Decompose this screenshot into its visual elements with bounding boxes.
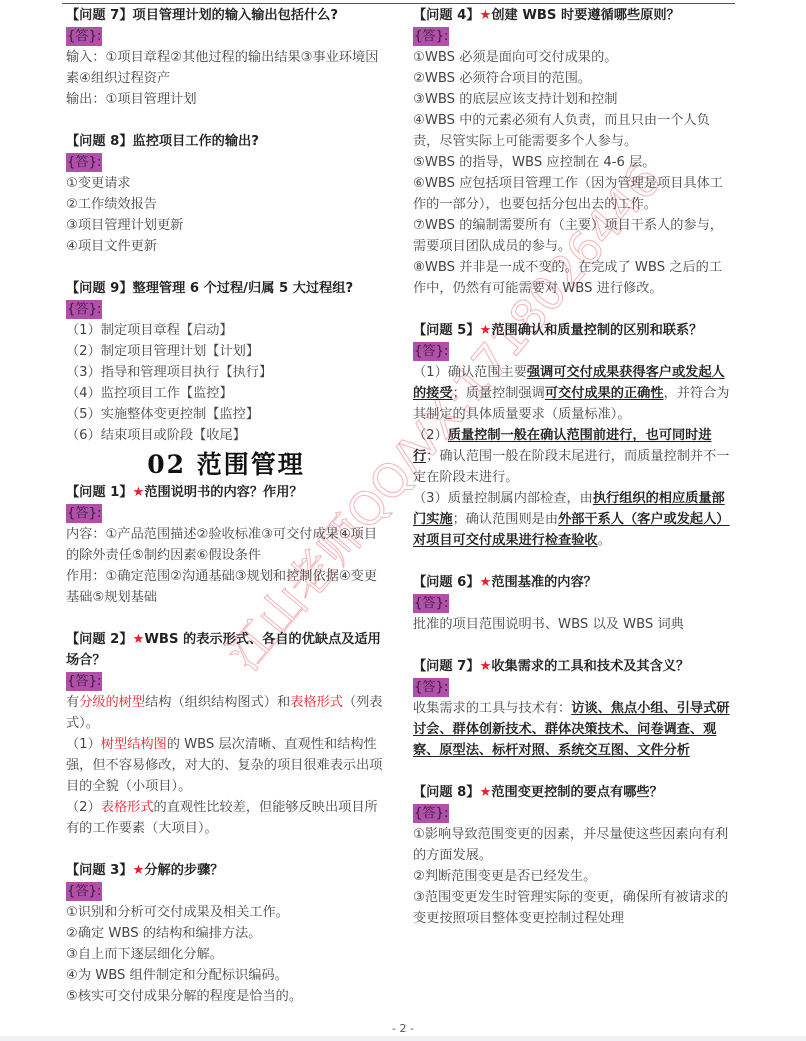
answer-line: （1）制定项目章程【启动】 — [66, 320, 386, 341]
answer-line: ⑦WBS 的编制需要所有（主要）项目干系人的参与，需要项目团队成员的参与。 — [413, 215, 733, 257]
question-block-scope-6: 【问题 6】★范围基准的内容？ {答}: 批准的项目范围说明书、WBS 以及 W… — [413, 572, 733, 635]
answer-line: ①影响导致范围变更的因素，并尽量使这些因素向有利的方面发展。 — [413, 824, 733, 866]
answer-tag: {答}: — [413, 804, 449, 823]
question-block-integration-7: 【问题 7】项目管理计划的输入输出包括什么? {答}: 输入：①项目章程②其他过… — [66, 5, 386, 110]
star-icon: ★ — [480, 785, 492, 800]
answer-line: ①WBS 必须是面向可交付成果的。 — [413, 47, 733, 68]
answer-line: ③范围变更发生时管理实际的变更，确保所有被请求的变更按照项目整体变更控制过程处理 — [413, 887, 733, 929]
answer-line: ④项目文件更新 — [66, 236, 386, 257]
question-block-scope-8: 【问题 8】★范围变更控制的要点有哪些？ {答}: ①影响导致范围变更的因素，并… — [413, 782, 733, 929]
answer-line: ③WBS 的底层应该支持计划和控制 — [413, 89, 733, 110]
question-title: 【问题 7】项目管理计划的输入输出包括什么? — [66, 5, 386, 26]
star-icon: ★ — [480, 575, 492, 590]
answer-line: （6）结束项目或阶段【收尾】 — [66, 425, 386, 446]
answer-line: ①识别和分析可交付成果及相关工作。 — [66, 902, 386, 923]
answer-tag: {答}: — [66, 504, 102, 523]
question-title: 【问题 5】★范围确认和质量控制的区别和联系？ — [413, 320, 733, 341]
star-icon: ★ — [480, 323, 492, 338]
answer-paragraph: （1）树型结构图的 WBS 层次清晰、直观性和结构性强，但不容易修改，对大的、复… — [66, 734, 386, 797]
question-block-scope-7: 【问题 7】★收集需求的工具和技术及其含义？ {答}: 收集需求的工具与技术有：… — [413, 656, 733, 761]
answer-line: ③项目管理计划更新 — [66, 215, 386, 236]
answer-line: 输入：①项目章程②其他过程的输出结果③事业环境因素④组织过程资产 — [66, 47, 386, 89]
answer-paragraph: （3）质量控制属内部检查，由执行组织的相应质量部门实施；确认范围则是由外部干系人… — [413, 488, 733, 551]
answer-tag: {答}: — [66, 300, 102, 319]
question-block-scope-5: 【问题 5】★范围确认和质量控制的区别和联系？ {答}: （1）确认范围主要强调… — [413, 320, 733, 551]
question-block-integration-8: 【问题 8】监控项目工作的输出? {答}: ①变更请求 ②工作绩效报告 ③项目管… — [66, 131, 386, 257]
page-number: - 2 - — [0, 1022, 806, 1035]
answer-paragraph: 有分级的树型结构（组织结构图式）和表格形式（列表式）。 — [66, 692, 386, 734]
answer-line: ⑤WBS 的指导，WBS 应控制在 4-6 层。 — [413, 152, 733, 173]
answer-line: ⑤核实可交付成果分解的程度是恰当的。 — [66, 986, 386, 1007]
star-icon: ★ — [133, 485, 145, 500]
star-icon: ★ — [480, 659, 492, 674]
question-block-scope-4: 【问题 4】★创建 WBS 时要遵循哪些原则？ {答}: ①WBS 必须是面向可… — [413, 5, 733, 299]
question-title: 【问题 4】★创建 WBS 时要遵循哪些原则？ — [413, 5, 733, 26]
section-title: 02 范围管理 — [66, 448, 386, 482]
answer-paragraph: （2）表格形式的直观性比较差，但能够反映出项目所有的工作要素（大项目）。 — [66, 797, 386, 839]
question-block-scope-3: 【问题 3】★分解的步骤？ {答}: ①识别和分析可交付成果及相关工作。 ②确定… — [66, 860, 386, 1007]
star-icon: ★ — [133, 863, 145, 878]
page-bottom-edge — [0, 1036, 806, 1041]
answer-line: ①变更请求 — [66, 173, 386, 194]
answer-line: 内容：①产品范围描述②验收标准③可交付成果④项目的除外责任⑤制约因素⑥假设条件 — [66, 524, 386, 566]
question-title: 【问题 9】整理管理 6 个过程/归属 5 大过程组? — [66, 278, 386, 299]
answer-line: （5）实施整体变更控制【监控】 — [66, 404, 386, 425]
answer-line: ②WBS 必须符合项目的范围。 — [413, 68, 733, 89]
answer-paragraph: （1）确认范围主要强调可交付成果获得客户或发起人的接受；质量控制强调可交付成果的… — [413, 362, 733, 425]
answer-line: ④为 WBS 组件制定和分配标识编码。 — [66, 965, 386, 986]
question-title: 【问题 8】监控项目工作的输出? — [66, 131, 386, 152]
answer-tag: {答}: — [66, 882, 102, 901]
answer-line: （3）指导和管理项目执行【执行】 — [66, 362, 386, 383]
question-title: 【问题 3】★分解的步骤？ — [66, 860, 386, 881]
answer-tag: {答}: — [66, 153, 102, 172]
answer-tag: {答}: — [413, 594, 449, 613]
question-title: 【问题 1】★范围说明书的内容？作用？ — [66, 482, 386, 503]
answer-paragraph: 收集需求的工具与技术有：访谈、焦点小组、引导式研讨会、群体创新技术、群体决策技术… — [413, 698, 733, 761]
answer-tag: {答}: — [413, 678, 449, 697]
answer-line: ⑥WBS 应包括项目管理工作（因为管理是项目具体工作的一部分），也要包括分包出去… — [413, 173, 733, 215]
question-title: 【问题 2】★WBS 的表示形式、各自的优缺点及适用场合？ — [66, 629, 386, 671]
answer-line: ⑧WBS 并非是一成不变的。在完成了 WBS 之后的工作中，仍然有可能需要对 W… — [413, 257, 733, 299]
answer-paragraph: （2）质量控制一般在确认范围前进行，也可同时进行；确认范围一般在阶段末尾进行，而… — [413, 425, 733, 488]
answer-line: ④WBS 中的元素必须有人负责，而且只由一个人负责，尽管实际上可能需要多个人参与… — [413, 110, 733, 152]
question-block-scope-1: 【问题 1】★范围说明书的内容？作用？ {答}: 内容：①产品范围描述②验收标准… — [66, 482, 386, 608]
question-title: 【问题 8】★范围变更控制的要点有哪些？ — [413, 782, 733, 803]
answer-tag: {答}: — [66, 27, 102, 46]
left-column: 【问题 7】项目管理计划的输入输出包括什么? {答}: 输入：①项目章程②其他过… — [66, 5, 386, 1007]
question-title: 【问题 6】★范围基准的内容？ — [413, 572, 733, 593]
right-column: 【问题 4】★创建 WBS 时要遵循哪些原则？ {答}: ①WBS 必须是面向可… — [413, 5, 733, 929]
answer-tag: {答}: — [413, 27, 449, 46]
star-icon: ★ — [133, 632, 145, 647]
question-title: 【问题 7】★收集需求的工具和技术及其含义？ — [413, 656, 733, 677]
question-block-scope-2: 【问题 2】★WBS 的表示形式、各自的优缺点及适用场合？ {答}: 有分级的树… — [66, 629, 386, 839]
answer-line: ②工作绩效报告 — [66, 194, 386, 215]
answer-line: （2）制定项目管理计划【计划】 — [66, 341, 386, 362]
answer-line: ②判断范围变更是否已经发生。 — [413, 866, 733, 887]
answer-line: ③自上而下逐层细化分解。 — [66, 944, 386, 965]
answer-line: （4）监控项目工作【监控】 — [66, 383, 386, 404]
answer-line: 输出：①项目管理计划 — [66, 89, 386, 110]
question-block-integration-9: 【问题 9】整理管理 6 个过程/归属 5 大过程组? {答}: （1）制定项目… — [66, 278, 386, 446]
star-icon: ★ — [480, 8, 492, 23]
answer-tag: {答}: — [66, 672, 102, 691]
answer-line: 作用：①确定范围②沟通基础③规划和控制依据④变更基础⑤规划基础 — [66, 566, 386, 608]
answer-tag: {答}: — [413, 342, 449, 361]
header-rule — [62, 3, 735, 4]
answer-line: ②确定 WBS 的结构和编排方法。 — [66, 923, 386, 944]
answer-line: 批准的项目范围说明书、WBS 以及 WBS 词典 — [413, 614, 733, 635]
